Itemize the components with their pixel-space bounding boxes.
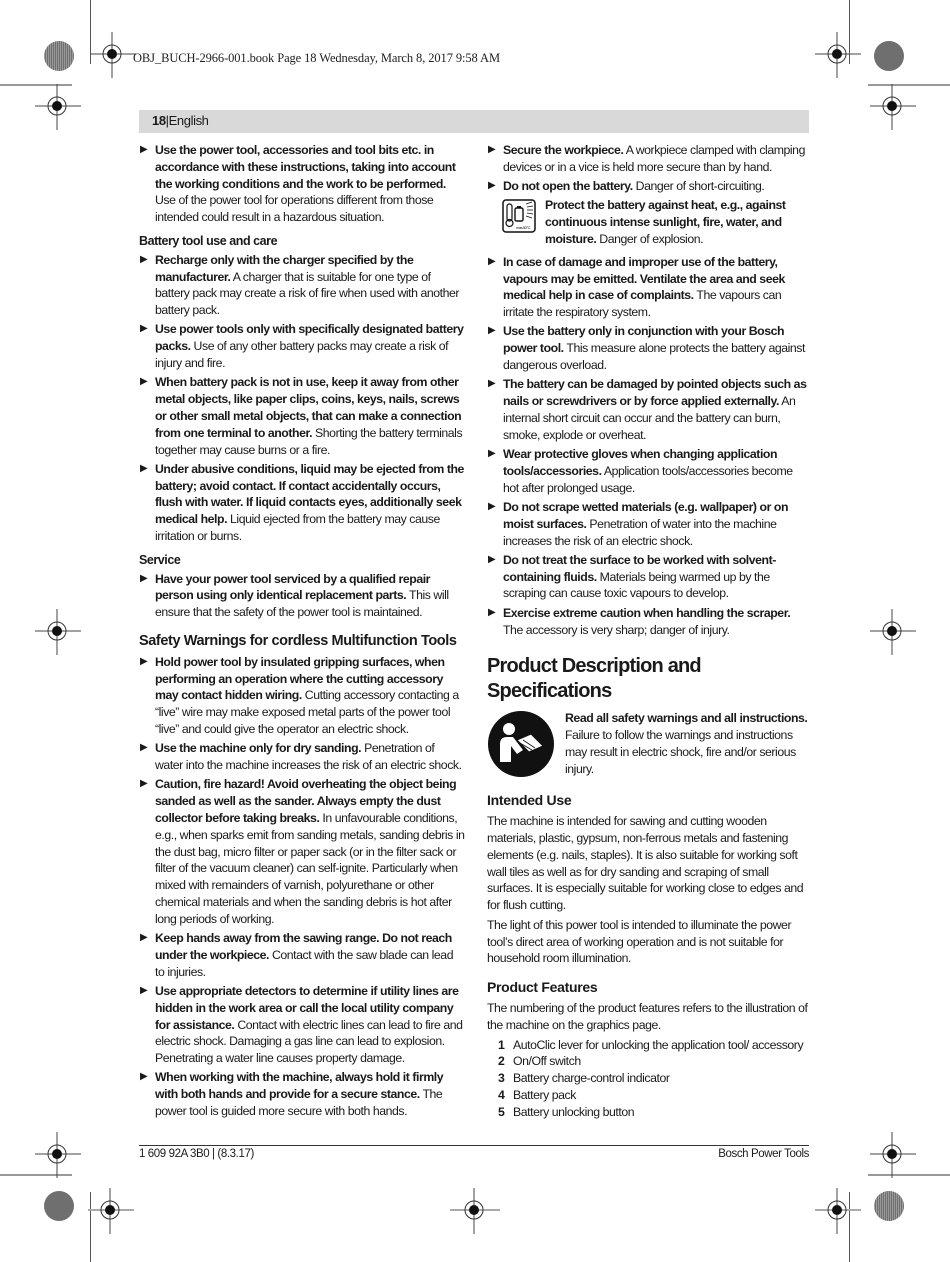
feature-item: 3Battery charge-control indicator xyxy=(487,1070,810,1087)
triangle-bullet-icon: ▶ xyxy=(140,321,147,338)
read-instructions-warning: Read all safety warnings and all instruc… xyxy=(487,710,810,780)
section-heading-intended-use: Intended Use xyxy=(487,792,810,809)
feature-item: 5Battery unlocking button xyxy=(487,1104,810,1121)
triangle-bullet-icon: ▶ xyxy=(140,776,147,793)
print-file-info: OBJ_BUCH-2966-001.book Page 18 Wednesday… xyxy=(133,51,500,66)
triangle-bullet-icon: ▶ xyxy=(140,740,147,757)
registration-mark-icon xyxy=(868,82,918,132)
svg-text:max.50°C: max.50°C xyxy=(516,225,531,230)
battery-heat-warning: max.50°C Protect the battery against hea… xyxy=(487,197,810,247)
triangle-bullet-icon: ▶ xyxy=(488,376,495,393)
triangle-bullet-icon: ▶ xyxy=(140,252,147,269)
triangle-bullet-icon: ▶ xyxy=(488,552,495,569)
registration-mark-icon xyxy=(33,82,83,132)
bullet-item: ▶ Exercise extreme caution when handling… xyxy=(487,605,810,639)
footer-rule xyxy=(139,1145,809,1146)
registration-mark-icon xyxy=(88,30,138,80)
starburst-target-icon xyxy=(873,1190,905,1222)
footer-doc-number: 1 609 92A 3B0 | (8.3.17) xyxy=(139,1148,254,1160)
registration-mark-icon xyxy=(868,1130,918,1180)
feature-item: 4Battery pack xyxy=(487,1087,810,1104)
bullet-item: ▶ Secure the workpiece. A workpiece clam… xyxy=(487,142,810,176)
read-manual-icon xyxy=(487,710,555,778)
bullet-item: ▶ Use the power tool, accessories and to… xyxy=(139,142,465,226)
triangle-bullet-icon: ▶ xyxy=(488,142,495,159)
section-heading-service: Service xyxy=(139,552,465,569)
registration-mark-icon xyxy=(450,1186,500,1236)
registration-mark-icon xyxy=(813,1186,863,1236)
registration-mark-icon xyxy=(33,607,83,657)
starburst-target-icon xyxy=(43,40,75,72)
bullet-item: ▶ Do not open the battery. Danger of sho… xyxy=(487,178,810,195)
triangle-bullet-icon: ▶ xyxy=(488,499,495,516)
triangle-bullet-icon: ▶ xyxy=(488,446,495,463)
bullet-item: ▶ Do not treat the surface to be worked … xyxy=(487,552,810,602)
bullet-item: ▶ Hold power tool by insulated gripping … xyxy=(139,654,465,738)
triangle-bullet-icon: ▶ xyxy=(488,605,495,622)
section-heading-product-description: Product Description and Specifications xyxy=(487,654,810,704)
bullet-item: ▶ In case of damage and improper use of … xyxy=(487,254,810,321)
left-column: ▶ Use the power tool, accessories and to… xyxy=(139,142,465,1122)
bullet-item: ▶ Caution, fire hazard! Avoid overheatin… xyxy=(139,776,465,927)
bullet-item: ▶ When battery pack is not in use, keep … xyxy=(139,374,465,458)
right-column: ▶ Secure the workpiece. A workpiece clam… xyxy=(487,142,810,1121)
triangle-bullet-icon: ▶ xyxy=(140,142,147,159)
gray-density-circle-icon xyxy=(43,1190,75,1222)
triangle-bullet-icon: ▶ xyxy=(140,983,147,1000)
triangle-bullet-icon: ▶ xyxy=(140,374,147,391)
bullet-item: ▶ The battery can be damaged by pointed … xyxy=(487,376,810,443)
registration-mark-icon xyxy=(86,1186,136,1236)
footer-brand: Bosch Power Tools xyxy=(718,1148,809,1160)
page-number: 18 xyxy=(152,113,166,128)
intended-use-paragraph: The light of this power tool is intended… xyxy=(487,917,810,967)
bullet-item: ▶ Keep hands away from the sawing range.… xyxy=(139,930,465,980)
section-heading-safety-warnings: Safety Warnings for cordless Multifuncti… xyxy=(139,633,465,650)
bullet-item: ▶ Use power tools only with specifically… xyxy=(139,321,465,371)
page-header: 18|English xyxy=(152,113,209,128)
bullet-item: ▶ Have your power tool serviced by a qua… xyxy=(139,571,465,621)
registration-mark-icon xyxy=(33,1130,83,1180)
bullet-item: ▶ Under abusive conditions, liquid may b… xyxy=(139,461,465,545)
intended-use-paragraph: The machine is intended for sawing and c… xyxy=(487,813,810,914)
bullet-item: ▶ Use the machine only for dry sanding. … xyxy=(139,740,465,774)
page-language: English xyxy=(169,113,209,128)
triangle-bullet-icon: ▶ xyxy=(488,254,495,271)
triangle-bullet-icon: ▶ xyxy=(140,930,147,947)
feature-item: 1AutoClic lever for unlocking the applic… xyxy=(487,1037,810,1054)
bullet-item: ▶ Recharge only with the charger specifi… xyxy=(139,252,465,319)
bullet-item: ▶ Wear protective gloves when changing a… xyxy=(487,446,810,496)
product-features-intro: The numbering of the product features re… xyxy=(487,1000,810,1034)
section-heading-product-features: Product Features xyxy=(487,979,810,996)
triangle-bullet-icon: ▶ xyxy=(140,461,147,478)
registration-mark-icon xyxy=(813,30,863,80)
triangle-bullet-icon: ▶ xyxy=(140,1069,147,1086)
section-heading-battery: Battery tool use and care xyxy=(139,233,465,250)
triangle-bullet-icon: ▶ xyxy=(140,654,147,671)
feature-item: 2On/Off switch xyxy=(487,1053,810,1070)
gray-density-circle-icon xyxy=(873,40,905,72)
page-header-bar: 18|English xyxy=(139,110,809,133)
bullet-item: ▶ When working with the machine, always … xyxy=(139,1069,465,1119)
bullet-item: ▶ Use the battery only in conjunction wi… xyxy=(487,323,810,373)
registration-mark-icon xyxy=(868,607,918,657)
triangle-bullet-icon: ▶ xyxy=(488,178,495,195)
triangle-bullet-icon: ▶ xyxy=(140,571,147,588)
battery-heat-warning-icon: max.50°C xyxy=(502,199,536,233)
bullet-item: ▶ Do not scrape wetted materials (e.g. w… xyxy=(487,499,810,549)
bullet-item: ▶ Use appropriate detectors to determine… xyxy=(139,983,465,1067)
triangle-bullet-icon: ▶ xyxy=(488,323,495,340)
